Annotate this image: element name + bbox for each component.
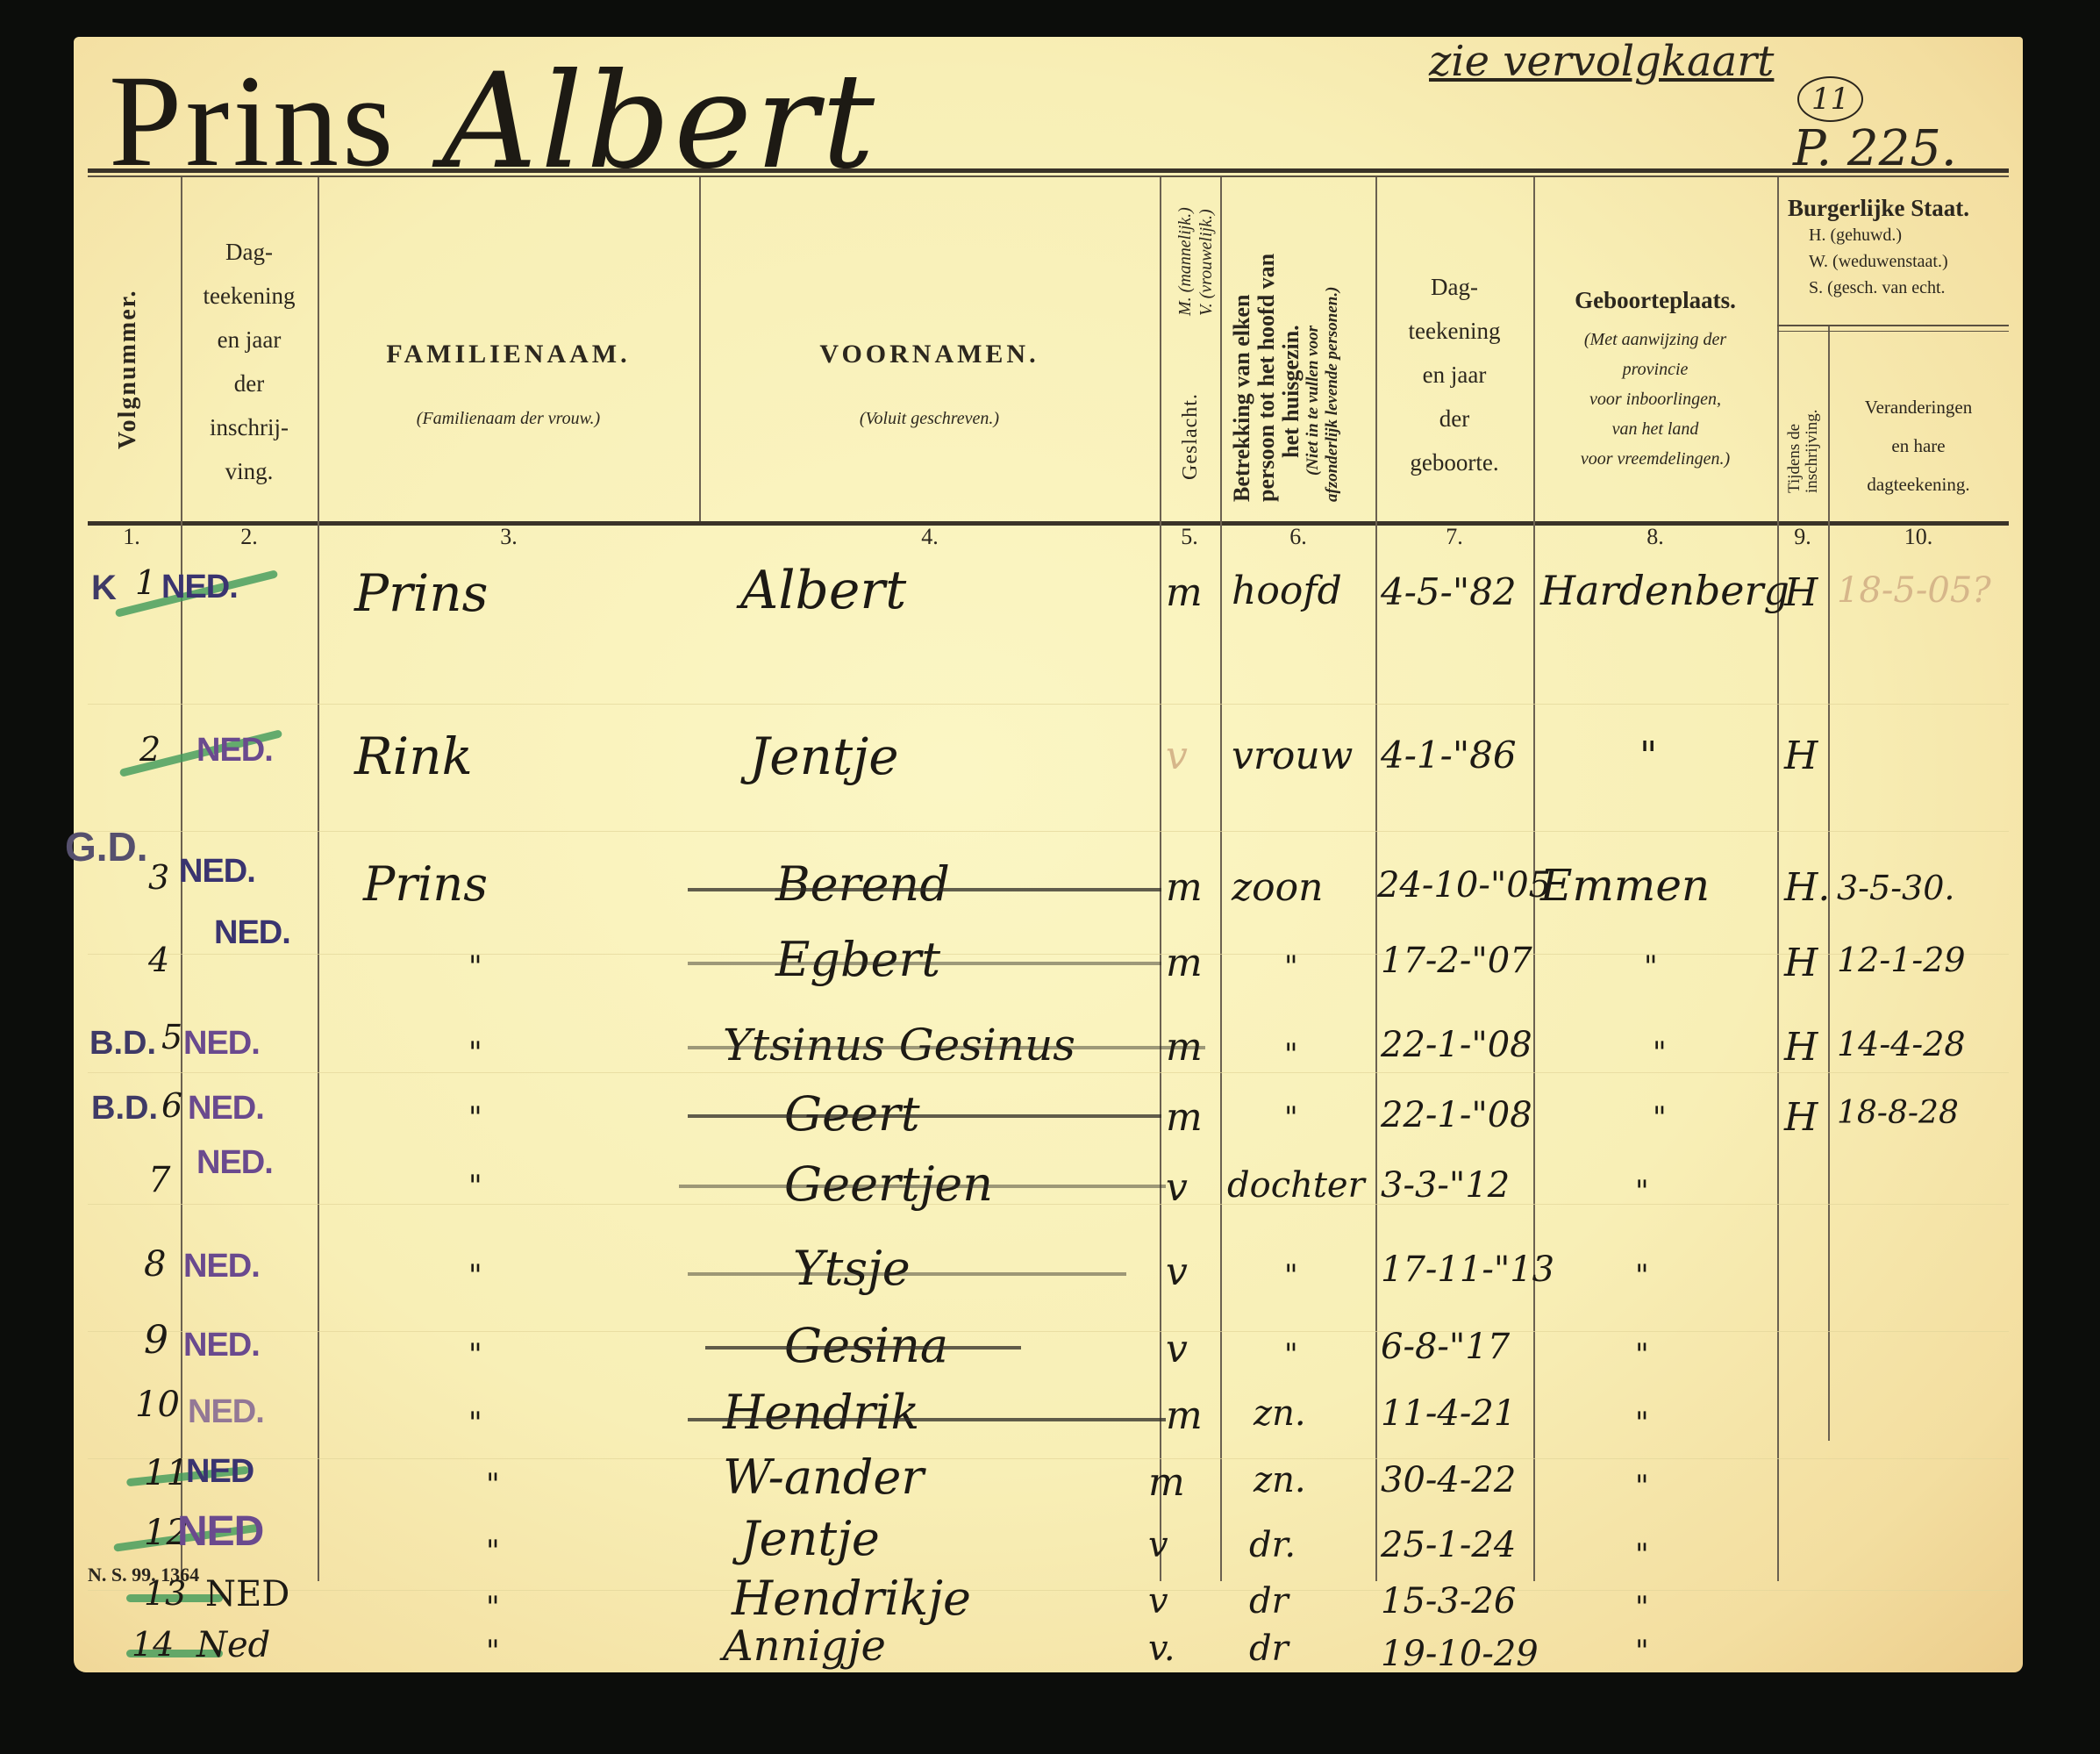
- relation: dr: [1249, 1581, 1289, 1622]
- relation: vrouw: [1232, 734, 1353, 778]
- sex: m: [1148, 1460, 1185, 1505]
- header-title: FAMILIENAAM.: [318, 340, 699, 369]
- ruled-line: [88, 1458, 2009, 1459]
- strikethrough: [679, 1185, 1166, 1188]
- civil-state-change: 3-5-30.: [1837, 869, 1954, 907]
- relation: zn.: [1254, 1393, 1306, 1434]
- family-name: ": [468, 1406, 482, 1441]
- header-voornamen: VOORNAMEN. (Voluit geschreven.): [699, 340, 1160, 429]
- civil-state: H: [1784, 734, 1818, 778]
- header-line: provincie: [1533, 354, 1777, 384]
- row-number: 1: [135, 563, 156, 602]
- birth-place: ": [1635, 1537, 1649, 1572]
- header-rule: [88, 521, 2009, 526]
- nationality-handwritten: NED: [205, 1574, 289, 1614]
- header-line: inschrij-: [181, 405, 318, 449]
- column-number: 9.: [1794, 524, 1811, 550]
- header-subtitle: (Voluit geschreven.): [699, 409, 1160, 429]
- given-name: W-ander: [723, 1450, 924, 1505]
- header-line: voor vreemdelingen.): [1533, 444, 1777, 474]
- header-line: (Niet in te vullen voor: [1304, 254, 1323, 502]
- row-annotation: B.D.: [89, 1025, 156, 1063]
- header-line: der: [1375, 397, 1533, 440]
- sex: m: [1166, 1095, 1203, 1140]
- given-name: Ytsinus Gesinus: [723, 1020, 1075, 1070]
- birth-place: ": [1635, 1590, 1649, 1625]
- relation: ": [1284, 1037, 1298, 1072]
- civil-state-change: 18-5-05?: [1837, 570, 1991, 611]
- row-number: 6: [161, 1086, 182, 1125]
- header-line: Dag-: [1375, 265, 1533, 309]
- header-line: van het land: [1533, 414, 1777, 444]
- nationality-stamp: NED.: [161, 569, 238, 606]
- card-title-surname: Prins: [109, 46, 396, 197]
- birth-date: 6-8-"17: [1381, 1327, 1510, 1367]
- birth-date: 4-5-"82: [1381, 570, 1517, 613]
- strikethrough: [688, 1418, 1166, 1421]
- civil-state: H: [1784, 1025, 1818, 1070]
- row-number: 11: [144, 1453, 189, 1493]
- family-name: ": [468, 949, 482, 984]
- birth-date: 15-3-26: [1381, 1581, 1516, 1622]
- nationality-stamp: NED: [177, 1507, 263, 1556]
- strikethrough: [688, 1272, 1126, 1276]
- header-sex-v: V. (vrouwelijk.): [1196, 209, 1217, 316]
- row-number: 2: [139, 730, 161, 769]
- column-number: 7.: [1446, 524, 1463, 550]
- sex: m: [1166, 941, 1203, 985]
- header-line: teekening: [181, 274, 318, 318]
- header-veranderingen: Veranderingen en hare dagteekening.: [1828, 388, 2009, 504]
- civil-state: H: [1784, 941, 1818, 985]
- col-divider-8: [1777, 177, 1779, 1581]
- header-title: VOORNAMEN.: [699, 340, 1160, 369]
- column-number: 4.: [921, 524, 939, 550]
- family-name: ": [486, 1467, 500, 1502]
- note-see-continuation: zie vervolgkaart: [1429, 37, 1774, 86]
- header-inschrijving-date: Dag- teekening en jaar der inschrij- vin…: [181, 230, 318, 493]
- legend-gescheiden: S. (gesch. van echt.: [1788, 275, 2019, 301]
- strikethrough: [688, 1114, 1161, 1118]
- sex: m: [1166, 1025, 1203, 1070]
- ruled-line: [88, 1331, 2009, 1332]
- family-name: ": [468, 1337, 482, 1372]
- sex: v: [1166, 1165, 1188, 1210]
- sex: v: [1166, 1249, 1188, 1294]
- legend-weduwenstaat: W. (weduwenstaat.): [1788, 248, 2019, 275]
- ruled-line: [88, 1204, 2009, 1205]
- birth-place: ": [1653, 1035, 1667, 1070]
- header-line: inschrijving.: [1804, 409, 1821, 493]
- header-line: persoon tot het hoofd van: [1254, 254, 1279, 502]
- given-name: Annigje: [723, 1622, 886, 1671]
- header-line: Dag-: [181, 230, 318, 274]
- civil-state-divider: [1777, 325, 2009, 326]
- nationality-stamp: NED.: [183, 1327, 260, 1364]
- header-line: en jaar: [1375, 353, 1533, 397]
- row-number: 4: [148, 941, 169, 979]
- header-line: ving.: [181, 449, 318, 493]
- strikethrough: [688, 962, 1161, 965]
- header-line: dagteekening.: [1828, 465, 2009, 504]
- row-number: 14: [132, 1625, 174, 1664]
- family-name: Rink: [354, 727, 473, 786]
- column-number: 10.: [1904, 524, 1933, 550]
- top-rule-thin: [88, 175, 2009, 177]
- birth-date: 3-3-"12: [1381, 1165, 1510, 1206]
- given-name: Ytsje: [793, 1241, 911, 1296]
- birth-date: 22-1-"08: [1381, 1095, 1532, 1135]
- header-geslacht: Geslacht.: [1179, 393, 1203, 480]
- birth-place: ": [1639, 734, 1657, 778]
- given-name: Hendrik: [723, 1385, 919, 1440]
- header-title: Burgerlijke Staat.: [1788, 195, 2019, 222]
- row-number: 13: [144, 1574, 186, 1613]
- header-line: teekening: [1375, 309, 1533, 353]
- birth-place: ": [1644, 949, 1658, 984]
- row-number: 9: [144, 1318, 168, 1363]
- family-name: ": [468, 1035, 482, 1070]
- nationality-stamp: NED: [186, 1453, 254, 1491]
- birth-date: 11-4-21: [1381, 1393, 1516, 1434]
- relation: ": [1284, 1258, 1298, 1293]
- row-annotation: K: [91, 569, 117, 608]
- birth-date: 25-1-24: [1381, 1525, 1516, 1565]
- birth-date: 17-11-"13: [1381, 1249, 1554, 1290]
- nationality-stamp: NED.: [196, 732, 273, 770]
- registration-card: Prins Albert zie vervolgkaart 11 P. 225.…: [74, 37, 2023, 1672]
- row-annotation: G.D.: [65, 823, 148, 870]
- sex: m: [1166, 865, 1203, 910]
- family-name: ": [486, 1534, 500, 1569]
- civil-state: H: [1784, 570, 1818, 615]
- sex: m: [1166, 1393, 1203, 1438]
- given-name: Hendrikje: [732, 1571, 971, 1626]
- header-geboorte-date: Dag- teekening en jaar der geboorte.: [1375, 265, 1533, 484]
- top-rule: [88, 168, 2009, 173]
- strikethrough: [688, 1046, 1205, 1049]
- given-name: Berend: [775, 856, 950, 912]
- strikethrough: [705, 1346, 1021, 1350]
- row-annotation: B.D.: [91, 1090, 158, 1128]
- ruled-line: [88, 954, 2009, 955]
- header-line: Betrekking van elken: [1230, 254, 1254, 502]
- header-line: (Met aanwijzing der: [1533, 325, 1777, 354]
- family-name: ": [468, 1100, 482, 1135]
- header-tijdens-inschrijving: Tijdens de inschrijving.: [1786, 409, 1821, 493]
- relation: ": [1284, 1100, 1298, 1135]
- birth-place: ": [1635, 1174, 1649, 1209]
- civil-state-change: 12-1-29: [1837, 941, 1966, 979]
- header-line: het huisgezin.: [1279, 254, 1304, 502]
- relation: dr: [1249, 1629, 1289, 1669]
- birth-place: ": [1635, 1337, 1649, 1372]
- column-number: 1.: [123, 524, 140, 550]
- row-number: 3: [148, 858, 169, 897]
- relation: zoon: [1232, 865, 1324, 910]
- given-name: Albert: [740, 560, 906, 621]
- birth-date: 4-1-"86: [1381, 734, 1517, 777]
- family-name: Prins: [354, 563, 488, 623]
- nationality-stamp: NED.: [196, 1144, 273, 1182]
- family-name: ": [468, 1169, 482, 1204]
- birth-date: 19-10-29: [1381, 1634, 1539, 1674]
- row-number: 5: [161, 1018, 182, 1056]
- header-subtitle: (Familienaam der vrouw.): [318, 409, 699, 429]
- column-number: 8.: [1646, 524, 1664, 550]
- birth-place: ": [1653, 1100, 1667, 1135]
- civil-state: H: [1784, 1095, 1818, 1140]
- header-geboorteplaats: Geboorteplaats. (Met aanwijzing der prov…: [1533, 287, 1777, 474]
- given-name: Jentje: [749, 727, 899, 786]
- header-line: afzonderlijk levende personen.): [1323, 254, 1342, 502]
- header-familienaam: FAMILIENAAM. (Familienaam der vrouw.): [318, 340, 699, 429]
- birth-place: ": [1635, 1634, 1649, 1669]
- birth-place: Hardenberg: [1540, 567, 1789, 614]
- column-number: 5.: [1181, 524, 1198, 550]
- birth-date: 24-10-"05: [1377, 865, 1551, 906]
- family-name: Prins: [363, 856, 488, 912]
- ruled-line: [88, 1590, 2009, 1591]
- col-divider-5: [1220, 177, 1222, 1581]
- header-line: Veranderingen: [1828, 388, 2009, 426]
- header-burgerlijke-staat: Burgerlijke Staat. H. (gehuwd.) W. (wedu…: [1777, 195, 2019, 301]
- legend-gehuwd: H. (gehuwd.): [1788, 222, 2019, 248]
- header-title: Geboorteplaats.: [1533, 287, 1777, 314]
- header-line: der: [181, 362, 318, 405]
- sex: m: [1166, 570, 1203, 615]
- nationality-stamp: NED.: [188, 1393, 264, 1431]
- ruled-line: [88, 1072, 2009, 1073]
- header-betrekking: Betrekking van elken persoon tot het hoo…: [1230, 254, 1342, 502]
- column-number: 2.: [240, 524, 258, 550]
- nationality-stamp: NED.: [188, 1090, 264, 1128]
- family-name: ": [486, 1634, 500, 1669]
- ruled-line: [88, 831, 2009, 832]
- ruled-line: [88, 704, 2009, 705]
- header-line: en jaar: [181, 318, 318, 362]
- relation: dr.: [1249, 1525, 1296, 1565]
- column-number: 6.: [1289, 524, 1307, 550]
- birth-date: 30-4-22: [1381, 1460, 1516, 1500]
- relation: dochter: [1227, 1165, 1365, 1206]
- row-number: 7: [148, 1160, 170, 1200]
- col-divider-4: [1160, 177, 1161, 1581]
- birth-date: 22-1-"08: [1381, 1025, 1532, 1065]
- relation: zn.: [1254, 1460, 1306, 1500]
- header-volgnummer: Volgnummer.: [114, 289, 142, 449]
- circled-mark: 11: [1797, 76, 1863, 122]
- row-number: 8: [144, 1244, 166, 1285]
- relation: hoofd: [1232, 569, 1342, 613]
- nationality-stamp: NED.: [183, 1248, 260, 1285]
- nationality-stamp: NED.: [214, 914, 290, 952]
- header-line: geboorte.: [1375, 440, 1533, 484]
- birth-place: ": [1635, 1406, 1649, 1441]
- civil-state-change: 18-8-28: [1837, 1095, 1959, 1131]
- sex: v.: [1148, 1629, 1175, 1669]
- birth-place: ": [1635, 1469, 1649, 1504]
- column-number: 3.: [500, 524, 518, 550]
- civil-state: H.: [1784, 865, 1830, 910]
- family-name: ": [486, 1590, 500, 1625]
- civil-state-change: 14-4-28: [1837, 1025, 1966, 1063]
- sex: v: [1166, 734, 1188, 778]
- sex: v: [1148, 1581, 1168, 1622]
- sex: v: [1166, 1327, 1188, 1371]
- header-sex-m: M. (mannelijk.): [1175, 207, 1196, 316]
- nationality-handwritten: Ned: [196, 1625, 270, 1665]
- birth-place: Emmen: [1540, 860, 1710, 911]
- given-name: Egbert: [775, 932, 940, 987]
- nationality-stamp: NED.: [183, 1025, 260, 1063]
- birth-place: ": [1635, 1258, 1649, 1293]
- family-name: ": [468, 1258, 482, 1293]
- header-line: Tijdens de: [1786, 409, 1804, 493]
- nationality-stamp: NED.: [179, 853, 255, 891]
- given-name: Jentje: [740, 1511, 880, 1566]
- relation: ": [1284, 1337, 1298, 1372]
- civil-state-divider-thin: [1777, 331, 2009, 332]
- header-line: en hare: [1828, 426, 2009, 465]
- header-line: voor inboorlingen,: [1533, 384, 1777, 414]
- sex: v: [1148, 1525, 1168, 1565]
- birth-date: 17-2-"07: [1381, 941, 1532, 981]
- strikethrough: [688, 888, 1161, 891]
- relation: ": [1284, 949, 1298, 984]
- row-number: 10: [135, 1385, 180, 1425]
